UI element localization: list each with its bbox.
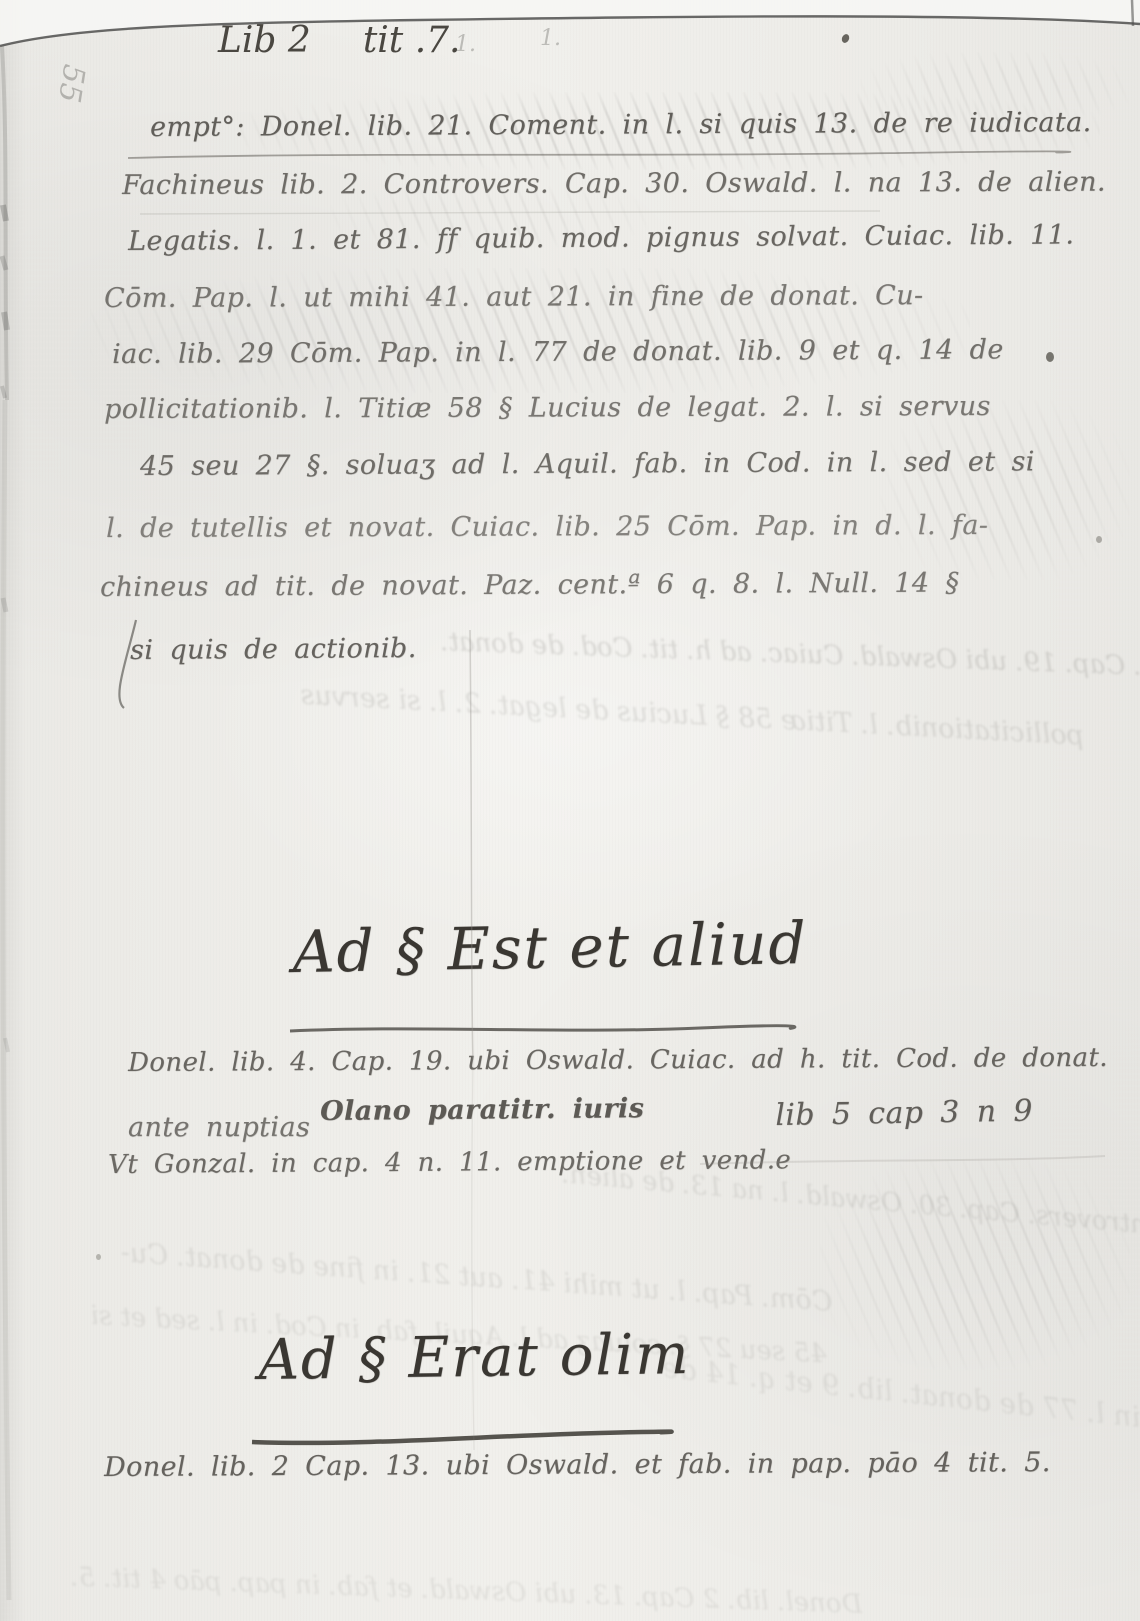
manuscript-page: Donel. lib. 4. Cap. 19. ubi Oswald. Cuia… bbox=[0, 0, 1140, 1621]
ink-speck bbox=[96, 1254, 101, 1260]
ink-speck bbox=[1096, 536, 1102, 543]
page-edge-overlay bbox=[0, 0, 1140, 1621]
ink-speck bbox=[1046, 352, 1054, 362]
